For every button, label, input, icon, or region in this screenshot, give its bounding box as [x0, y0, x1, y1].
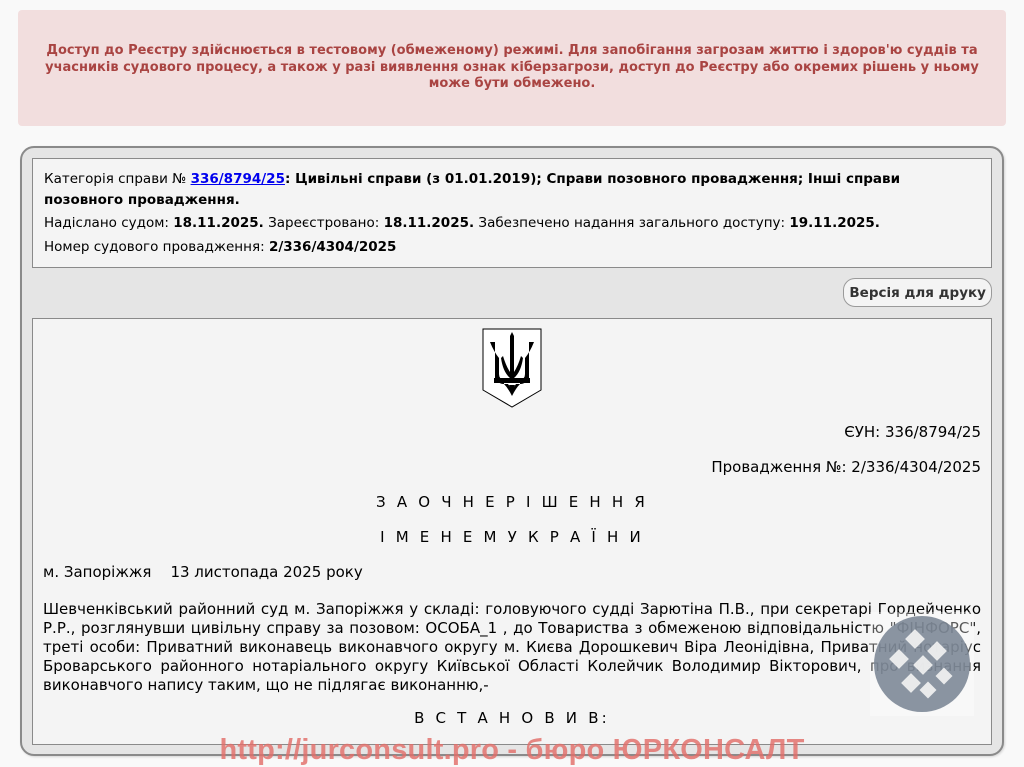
eun-number: ЄУН: 336/8794/25	[844, 423, 981, 441]
alert-text: Доступ до Реєстру здійснюється в тестово…	[34, 43, 990, 93]
place-and-date: м. Запоріжжя 13 листопада 2025 року	[43, 563, 363, 581]
access-date: 19.11.2025.	[789, 215, 880, 231]
registered-label: Зареєстровано:	[264, 215, 384, 231]
decision-body: Шевченківський районний суд м. Запоріжжя…	[43, 600, 981, 695]
sent-date: 18.11.2025.	[173, 215, 264, 231]
ukraine-trident-icon	[482, 328, 542, 408]
proceeding-line: Номер судового провадження: 2/336/4304/2…	[44, 237, 980, 258]
dates-line: Надіслано судом: 18.11.2025. Зареєстрова…	[44, 213, 980, 234]
established-heading: В С Т А Н О В И В:	[33, 709, 991, 727]
decision-panel: Категорія справи № 336/8794/25: Цивільні…	[20, 146, 1004, 756]
case-info-box: Категорія справи № 336/8794/25: Цивільні…	[32, 158, 992, 268]
case-category-line: Категорія справи № 336/8794/25: Цивільні…	[44, 169, 980, 210]
document-content: ЄУН: 336/8794/25 Провадження №: 2/336/43…	[32, 318, 992, 745]
case-number-link[interactable]: 336/8794/25	[191, 171, 285, 187]
puzzle-logo-icon	[870, 612, 974, 716]
test-mode-alert: Доступ до Реєстру здійснюється в тестово…	[18, 10, 1006, 126]
sent-label: Надіслано судом:	[44, 215, 173, 231]
proceeding-label: Номер судового провадження:	[44, 239, 269, 255]
decision-title: З А О Ч Н Е Р І Ш Е Н Н Я	[33, 493, 991, 511]
watermark-text: http://jurconsult.pro - бюро ЮРКОНСАЛТ	[0, 734, 1024, 767]
print-version-button[interactable]: Версія для друку	[843, 278, 992, 307]
proceeding-number: 2/336/4304/2025	[269, 239, 397, 255]
proceeding-number-header: Провадження №: 2/336/4304/2025	[711, 458, 981, 476]
category-label: Категорія справи №	[44, 171, 191, 187]
decision-subtitle: І М Е Н Е М У К Р А Ї Н И	[33, 528, 991, 546]
access-label: Забезпечено надання загального доступу:	[474, 215, 789, 231]
registered-date: 18.11.2025.	[384, 215, 475, 231]
